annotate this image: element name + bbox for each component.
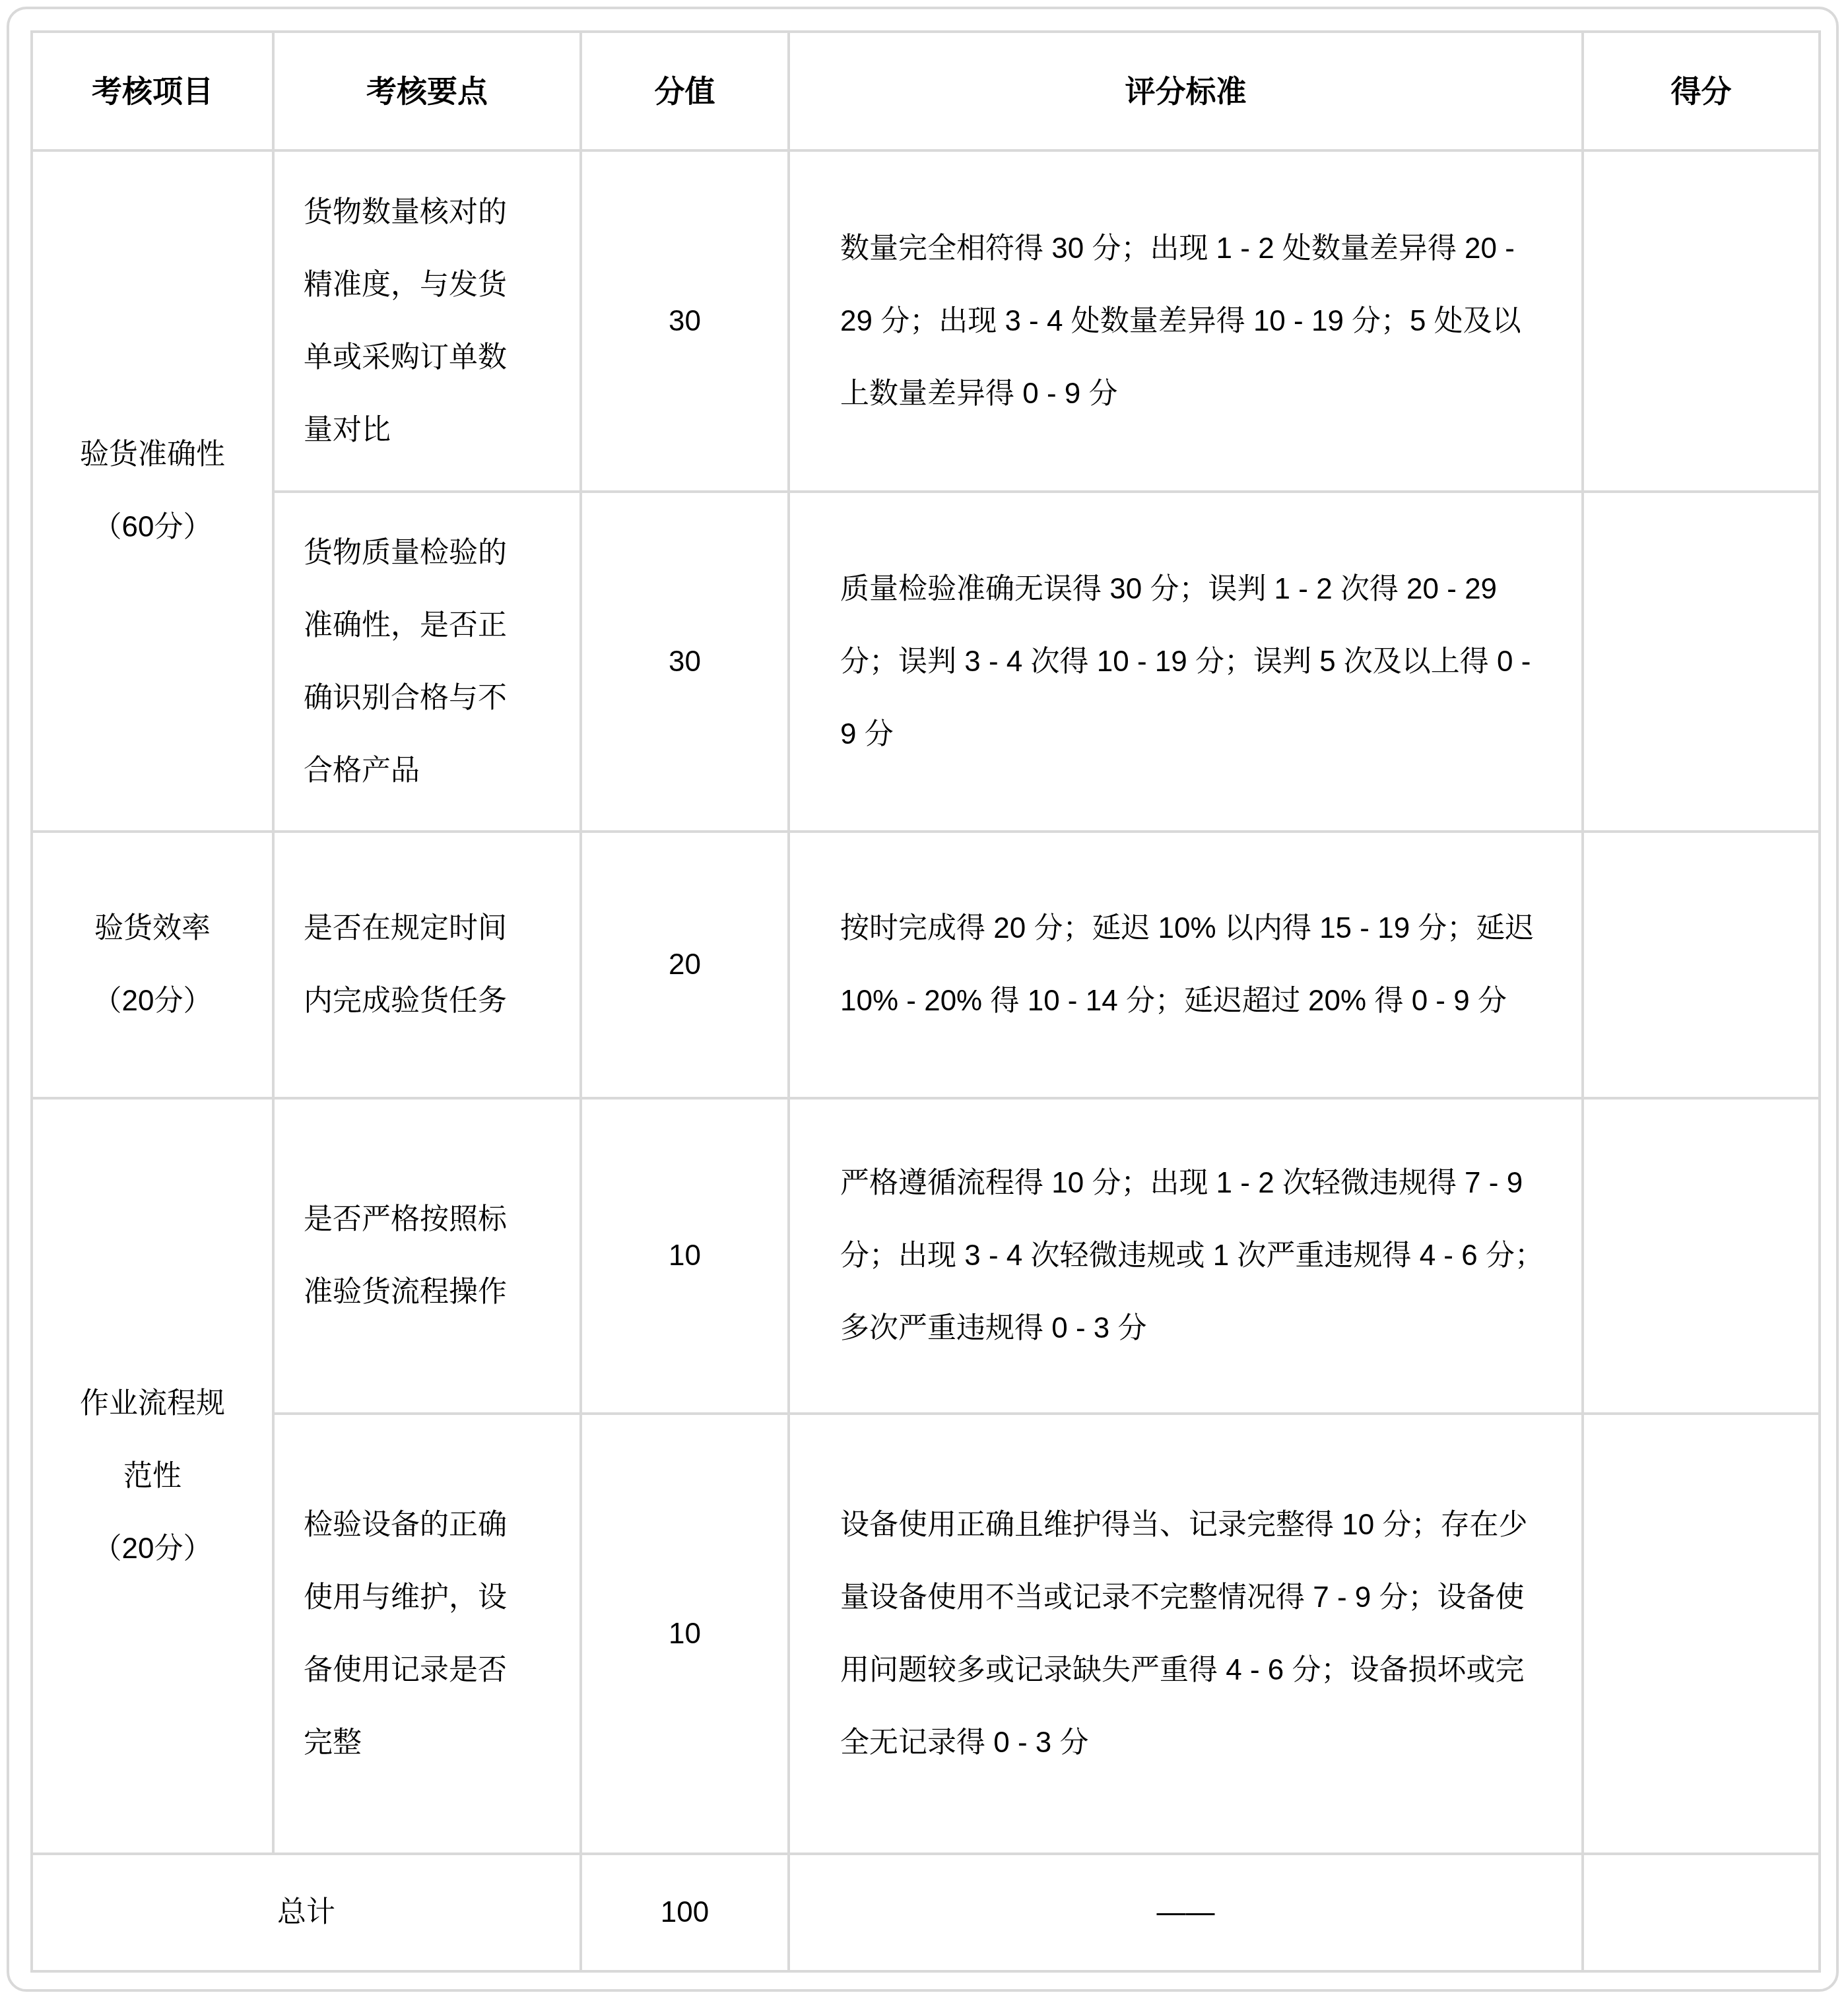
row-score-cell: 10: [582, 1099, 790, 1415]
score-obtained-empty-cell: [1584, 152, 1821, 493]
row-score-cell: 20: [582, 833, 790, 1099]
score-obtained-empty-cell: [1584, 1415, 1821, 1855]
row-criteria-text: 设备使用正确且维护得当、记录完整得 10 分；存在少量设备使用不当或记录不完整情…: [840, 1489, 1547, 1779]
header-assessment-item: 考核项目: [33, 33, 275, 152]
row-point-cell: 是否在规定时间内完成验货任务: [275, 833, 582, 1099]
row-criteria-cell: 质量检验准确无误得 30 分；误判 1 - 2 次得 20 - 29 分；误判 …: [790, 493, 1584, 833]
row-score-cell: 30: [582, 493, 790, 833]
row-criteria-text: 按时完成得 20 分；延迟 10% 以内得 15 - 19 分；延迟 10% -…: [840, 892, 1547, 1037]
total-label-cell: 总计: [33, 1855, 582, 1973]
total-score-cell: 100: [582, 1855, 790, 1973]
group-efficiency-title: 验货效率: [94, 892, 211, 965]
group-accuracy-title: 验货准确性: [80, 418, 225, 491]
row-point-text: 货物数量核对的精准度，与发货单或采购订单数量对比: [304, 176, 516, 467]
row-criteria-text: 数量完全相符得 30 分；出现 1 - 2 处数量差异得 20 - 29 分；出…: [840, 213, 1547, 430]
score-obtained-empty-cell: [1584, 1855, 1821, 1973]
row-criteria-cell: 设备使用正确且维护得当、记录完整得 10 分；存在少量设备使用不当或记录不完整情…: [790, 1415, 1584, 1855]
row-point-text: 检验设备的正确使用与维护，设备使用记录是否完整: [304, 1489, 516, 1779]
row-point-text: 是否严格按照标准验货流程操作: [304, 1183, 516, 1329]
group-efficiency-score-label: （20分）: [93, 965, 213, 1037]
row-criteria-text: 质量检验准确无误得 30 分；误判 1 - 2 次得 20 - 29 分；误判 …: [840, 553, 1547, 771]
group-process-title: 作业流程规范性: [70, 1367, 235, 1513]
group-accuracy-cell: 验货准确性 （60分）: [33, 152, 275, 833]
row-criteria-cell: 按时完成得 20 分；延迟 10% 以内得 15 - 19 分；延迟 10% -…: [790, 833, 1584, 1099]
row-point-cell: 货物数量核对的精准度，与发货单或采购订单数量对比: [275, 152, 582, 493]
header-assessment-point: 考核要点: [275, 33, 582, 152]
score-obtained-empty-cell: [1584, 833, 1821, 1099]
group-process-cell: 作业流程规范性 （20分）: [33, 1099, 275, 1855]
group-process-score-label: （20分）: [93, 1513, 213, 1585]
total-criteria-dash-cell: ——: [790, 1855, 1584, 1973]
score-obtained-empty-cell: [1584, 493, 1821, 833]
row-point-text: 是否在规定时间内完成验货任务: [304, 892, 516, 1037]
assessment-rubric-table: 考核项目 考核要点 分值 评分标准 得分 验货准确性 （60分） 货物数量核对的…: [30, 30, 1821, 1973]
row-score-cell: 10: [582, 1415, 790, 1855]
header-score-obtained: 得分: [1584, 33, 1821, 152]
group-accuracy-score-label: （60分）: [93, 491, 213, 564]
row-point-cell: 是否严格按照标准验货流程操作: [275, 1099, 582, 1415]
row-score-cell: 30: [582, 152, 790, 493]
group-efficiency-cell: 验货效率 （20分）: [33, 833, 275, 1099]
row-criteria-cell: 严格遵循流程得 10 分；出现 1 - 2 次轻微违规得 7 - 9 分；出现 …: [790, 1099, 1584, 1415]
row-point-cell: 货物质量检验的准确性，是否正确识别合格与不合格产品: [275, 493, 582, 833]
row-criteria-cell: 数量完全相符得 30 分；出现 1 - 2 处数量差异得 20 - 29 分；出…: [790, 152, 1584, 493]
row-criteria-text: 严格遵循流程得 10 分；出现 1 - 2 次轻微违规得 7 - 9 分；出现 …: [840, 1147, 1547, 1365]
score-obtained-empty-cell: [1584, 1099, 1821, 1415]
row-point-cell: 检验设备的正确使用与维护，设备使用记录是否完整: [275, 1415, 582, 1855]
row-point-text: 货物质量检验的准确性，是否正确识别合格与不合格产品: [304, 517, 516, 807]
header-scoring-criteria: 评分标准: [790, 33, 1584, 152]
header-score-value: 分值: [582, 33, 790, 152]
